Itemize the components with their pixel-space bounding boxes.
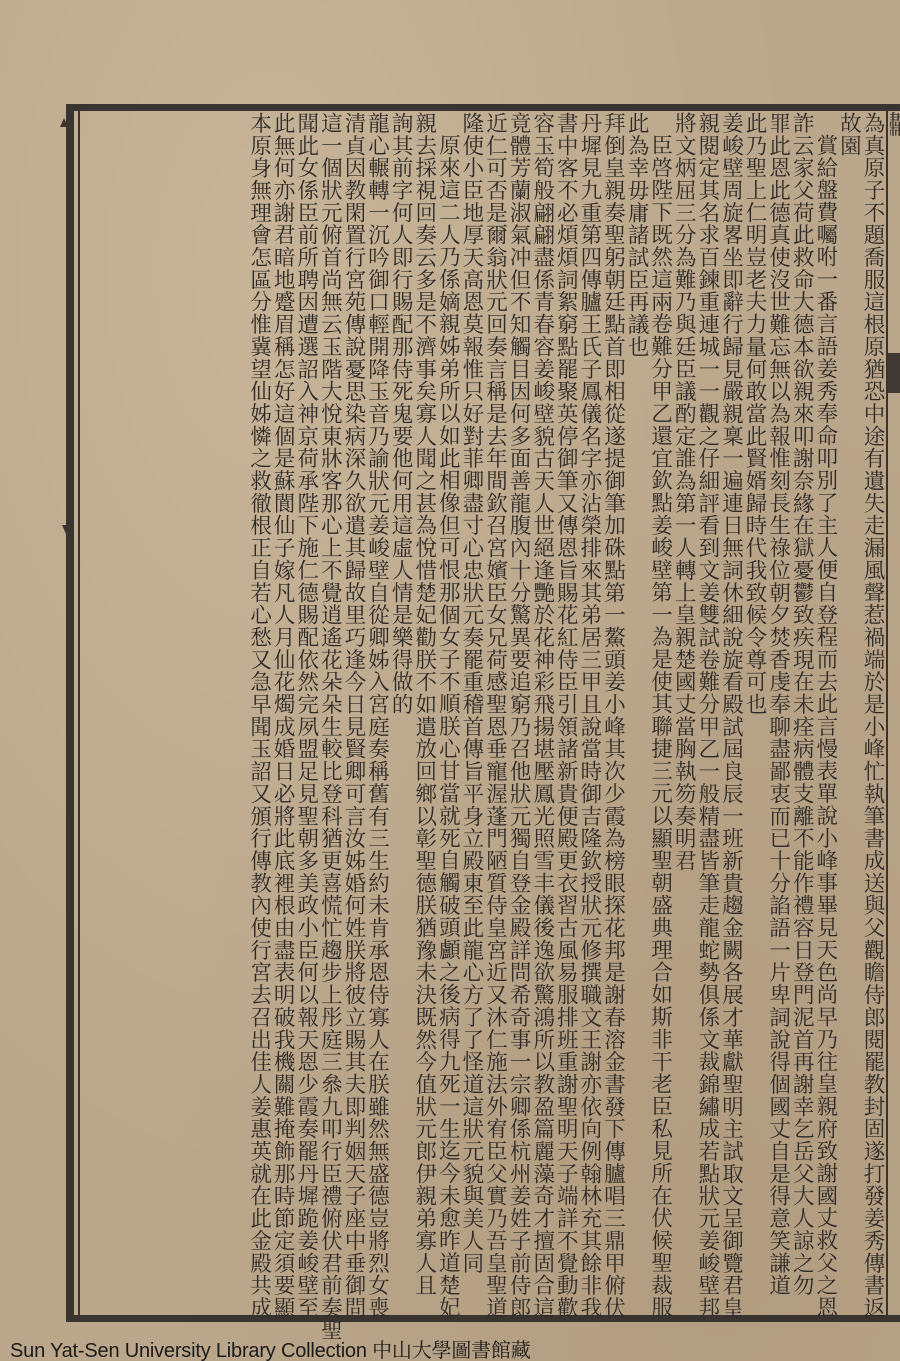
text-column: 丹墀見九重第四傳臚王氏子鳳儀名字亦沾榮排來其弟居三甲且說當時御吉隆欽授狀元修撰職… (577, 112, 601, 1308)
text-column: 隆使小臣地厚天高恩莫報惟只好對菲卿盡寸心忠狀元奏罷重稽首傳旨平身立殿東至此龍心方… (459, 112, 483, 1308)
text-column: 親閱定其名求百鍊重連城一一觀之仔細評看到文姜雙試卷難分甲乙一般精盡皆筆走龍蛇勢俱… (695, 112, 719, 1308)
binding-mark-middle (62, 525, 70, 534)
text-column: 此為幸毋庸諸試臣再議也 (624, 112, 648, 1308)
text-column: 為真原子不題喬服這根原猶恐中途有遺失走漏風聲惹禍端於是小峰忙執筆書成送與父觀瞻侍… (860, 112, 884, 1308)
library-credit: Sun Yat-Sen University Library Collectio… (10, 1334, 531, 1361)
binding-mark-top (60, 118, 68, 127)
text-column: 詢其前字何人即行賜配那侍死鬼要他何用這虛人情是樂得做的 (389, 112, 413, 1308)
text-column: 拜倒皇親奏聖躬朝廷點首即相從遂提御筆加硃點第一鰲頭姜小峰其次少霞為榜眼探花邦是謝… (601, 112, 625, 1308)
text-column: 近仁可否是爾翁狀元回奏言稱是去年間欽召宮嬪臣女兄荷感聖恩垂寵渥蓬門陋質侍皇宮近又… (483, 112, 507, 1308)
text-column: 這一個狀元俯首尚無云玉階大悅東牀客那心上不覺逍遙花朵朵生較比登科猶更喜慌忙趨步上… (318, 112, 342, 1308)
vertical-text-body: 為真原子不題喬服這根原猶恐中途有遺失走漏風聲惹禍端於是小峰忙執筆書成送與父觀瞻侍… (82, 112, 884, 1308)
banxin-margin-title: 繡… (890, 111, 900, 1315)
text-column: 龍心輾轉一沉吟御口輕開降玉音乃諭狀元姜峻壁自從卿姊入宮庭奏稱舊有三生約未肯承恩侍… (365, 112, 389, 1308)
frame-inner-rule-left (78, 111, 80, 1315)
text-column: 原來這二人乃係嫡親姊弟所以如此相像但可恨那個女子不順朕心甘當就死自觸破頭顱之後病… (436, 112, 460, 1308)
text-column: 故園 (837, 112, 861, 1308)
text-column: 竟體芳蘭淑氣冲但不知觸目因何多面善龍腹內十分驚異要追窮乃召他狀元獨自登金殿詳問希… (507, 112, 531, 1308)
text-column: 詐云家父荷此救命大德本欲親來叩謝奈緣在獄憂鬱致疾現在未痊病體支離不能作禮容日登門… (790, 112, 814, 1308)
text-column: 清貞因教閑置行宮苑傳說憂思染病深久欲遣其歸故里巧逢今日見賢卿可言汝姊婚何姓朕將彼… (341, 112, 365, 1308)
text-column: 將文炳屈三分為難乃與廷臣議酌定誰為第一人轉上皇親楚國丈當胸執笏奏明君 (672, 112, 696, 1308)
text-column: 罪此恩此德真使沒世難忘無以為報惟刻長生祿位朝夕焚香虔奉聊盡鄙衷而已十分諂語一片卑… (766, 112, 790, 1308)
frame-inner-rule-right (886, 111, 888, 1315)
text-column: 此無何亦謝君暗地蹙眉稱怎好這個是蘇閬仙子嫁凡人月仙花燭成婚日必將此底裡根由盡表明… (271, 112, 295, 1308)
text-column: 聞此女係臣前所聘因遭選詔入神京荷承陛下施仁德賜配依然完夙盟足見聖朝多美政小臣何以… (294, 112, 318, 1308)
text-column: 容玉筍般翩翩盡係青春容姜峻壁貌古天人世絕逢艷於花神彩飛揚堪壓鳳光照雪丰儀後逸欲驚… (530, 112, 554, 1308)
text-column: 姜峻壁周旋畧坐即辭行歸見嚴親稟一遍連日無詞休細說旋看殿試屆良辰一班新貴趨金闕各展… (719, 112, 743, 1308)
text-column: 臣啓陛下既然這兩卷難分甲乙還宜欽點姜峻壁第一為是使其聯捷三元以顯聖朝盛典理合如斯… (648, 112, 672, 1308)
text-column: 親去採視回奏云多是不濟事矣寡人聞之甚為悅惜楚妃勸朕不如遣放回鄉以彰聖德朕猶豫未決… (412, 112, 436, 1308)
text-column: 賞給盤費囑咐一番言語姜秀奉命叩別了主人便自登程而去此言慢表單說小峰事畢見天色尚早… (813, 112, 837, 1308)
text-column: 書中客不必煩煩詞絮窮點罷聚英停御筆又傳恩旨賜花紅侍臣引領諸新貴便殿更衣習古風易服… (554, 112, 578, 1308)
text-column: 此乃聖上仁明豈老夫力量何敢當此賢婿歸時代我致候令尊可也 (742, 112, 766, 1308)
text-column: 本原身無理會怎區分惟冀望仙姊憐之救徹根正自若心愁又急早聞玉詔又頒行傳教內使行宮去… (247, 112, 271, 1308)
